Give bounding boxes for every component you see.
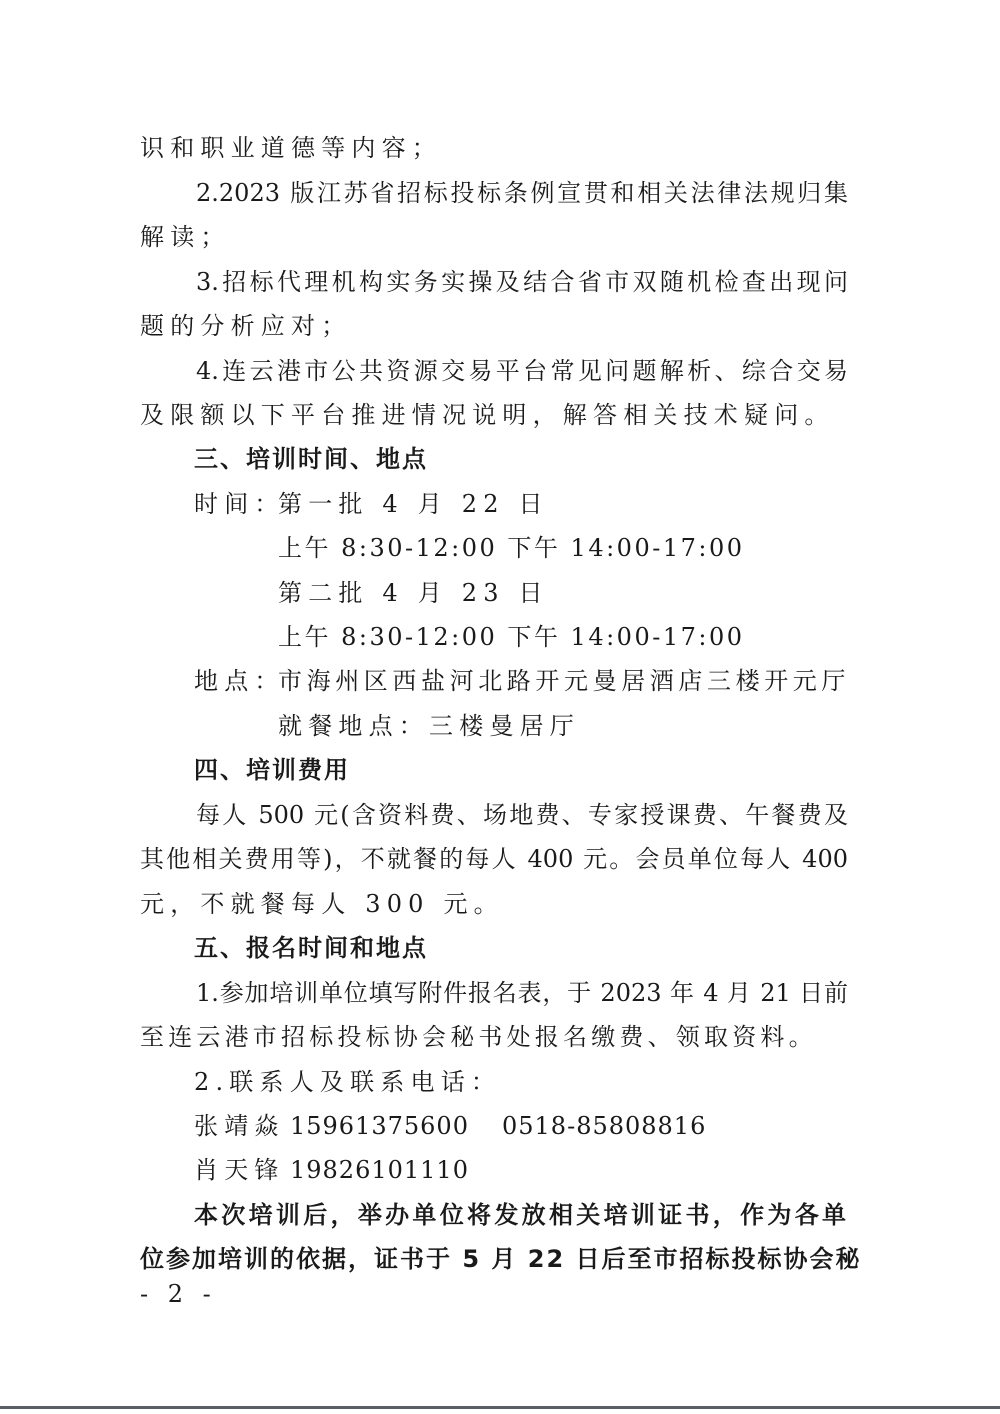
list-item-4: 4.连云港市公共资源交易平台常见问题解析、综合交易 xyxy=(196,356,848,386)
registration-line-2: 至连云港市招标投标协会秘书处报名缴费、领取资料。 xyxy=(140,1022,852,1052)
training-venue: 市海州区西盐河北路开元曼居酒店三楼开元厅 xyxy=(278,666,990,696)
section-heading-registration: 五、报名时间和地点 xyxy=(194,933,906,963)
page-number: - 2 - xyxy=(140,1280,217,1308)
contacts-label: 2.联系人及联系电话： xyxy=(194,1067,906,1097)
section-heading-fees: 四、培训费用 xyxy=(194,755,906,785)
contact-phone: 0518-85808816 xyxy=(502,1111,1000,1141)
batch1-date: 第一批 4 月 22 日 xyxy=(278,489,990,519)
contact-mobile: 19826101110 xyxy=(290,1155,1000,1185)
list-item-3: 3.招标代理机构实务实操及结合省市双随机检查出现问 xyxy=(196,267,848,297)
fee-line-3: 元，不就餐每人 300 元。 xyxy=(140,889,852,919)
fee-line-2: 其他相关费用等)，不就餐的每人 400 元。会员单位每人 400 xyxy=(140,844,848,874)
list-item-4-continuation: 及限额以下平台推进情况说明，解答相关技术疑问。 xyxy=(140,400,852,430)
batch2-date: 第二批 4 月 23 日 xyxy=(278,578,990,608)
section-heading-schedule: 三、培训时间、地点 xyxy=(194,444,906,474)
fee-line-1: 每人 500 元(含资料费、场地费、专家授课费、午餐费及 xyxy=(196,800,848,830)
document-page: 识和职业道德等内容； 2.2023 版江苏省招标投标条例宣贯和相关法律法规归集 … xyxy=(0,0,1000,1414)
closing-line-1: 本次培训后，举办单位将发放相关培训证书，作为各单 xyxy=(194,1200,848,1230)
registration-line-1: 1.参加培训单位填写附件报名表，于 2023 年 4 月 21 日前 xyxy=(196,978,848,1008)
list-item-3-continuation: 题的分析应对； xyxy=(140,311,852,341)
batch2-hours: 上午 8:30-12:00 下午 14:00-17:00 xyxy=(278,622,990,652)
page-bottom-edge xyxy=(0,1406,1000,1409)
dining-venue: 就餐地点：三楼曼居厅 xyxy=(278,711,990,741)
closing-line-2: 位参加培训的依据，证书于 5 月 22 日后至市招标投标协会秘 xyxy=(140,1244,848,1274)
list-item-2: 2.2023 版江苏省招标投标条例宣贯和相关法律法规归集 xyxy=(196,178,848,208)
list-item-1-continuation: 识和职业道德等内容； xyxy=(140,133,852,163)
batch1-hours: 上午 8:30-12:00 下午 14:00-17:00 xyxy=(278,533,990,563)
list-item-2-continuation: 解读； xyxy=(140,222,852,252)
